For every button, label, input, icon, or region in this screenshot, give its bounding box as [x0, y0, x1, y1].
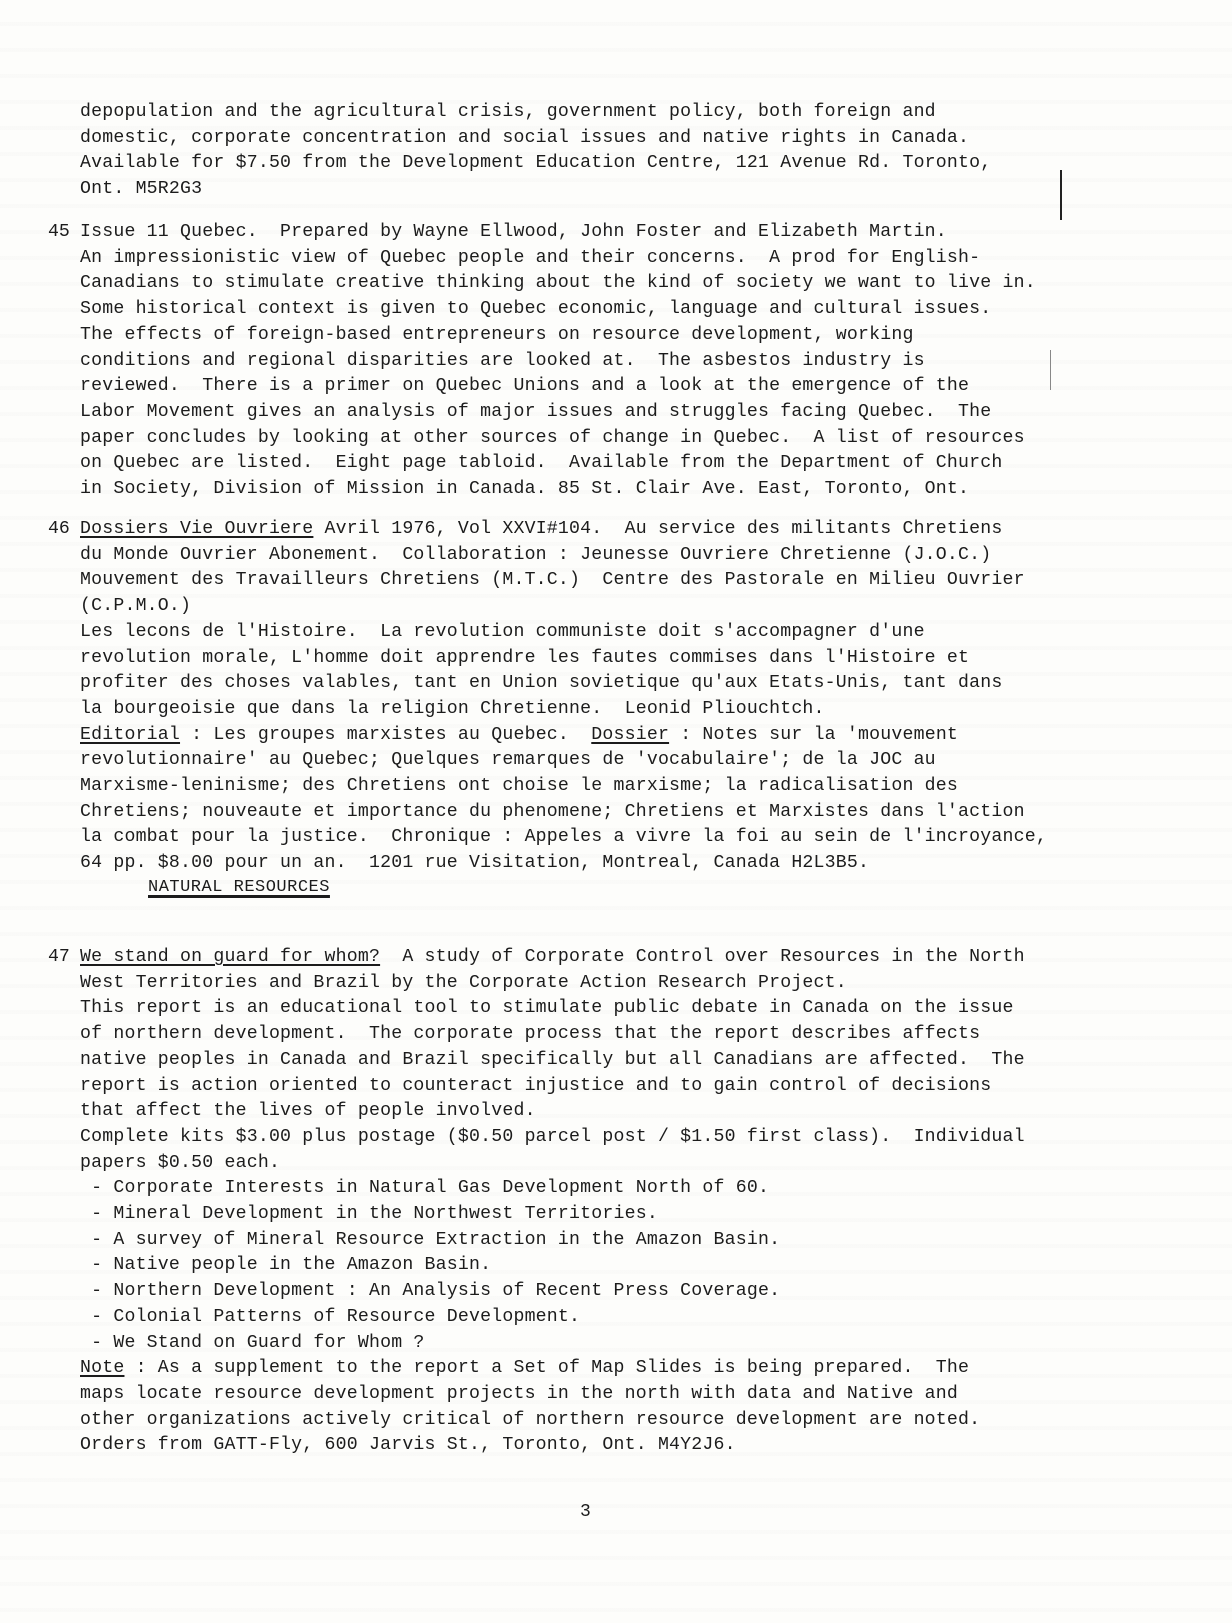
- text-span: Avril 1976, Vol XXVI#104. Au service des…: [313, 519, 1002, 539]
- list-item: - Native people in the Amazon Basin.: [80, 1253, 1160, 1279]
- text-line: Editorial : Les groupes marxistes au Que…: [80, 723, 1160, 749]
- text-line: report is action oriented to counteract …: [80, 1074, 1160, 1100]
- text-line: la bourgeoisie que dans la religion Chre…: [80, 697, 1160, 723]
- dossier-label: Dossier: [591, 725, 669, 745]
- list-item: - Corporate Interests in Natural Gas Dev…: [80, 1176, 1160, 1202]
- text-line: papers $0.50 each.: [80, 1151, 1160, 1177]
- text-line: conditions and regional disparities are …: [80, 349, 1160, 375]
- note-label: Note: [80, 1358, 124, 1378]
- publication-title: We stand on guard for whom?: [80, 947, 380, 967]
- list-item: - We Stand on Guard for Whom ?: [80, 1331, 1160, 1357]
- text-line: of northern development. The corporate p…: [80, 1022, 1160, 1048]
- text-line: 64 pp. $8.00 pour un an. 1201 rue Visita…: [80, 851, 1160, 877]
- text-line: reviewed. There is a primer on Quebec Un…: [80, 374, 1160, 400]
- text-line: An impressionistic view of Quebec people…: [80, 246, 1160, 272]
- text-line: native peoples in Canada and Brazil spec…: [80, 1048, 1160, 1074]
- text-line: paper concludes by looking at other sour…: [80, 426, 1160, 452]
- text-line: du Monde Ouvrier Abonement. Collaboratio…: [80, 543, 1160, 569]
- list-item: - A survey of Mineral Resource Extractio…: [80, 1228, 1160, 1254]
- text-line: revolutionnaire' au Quebec; Quelques rem…: [80, 748, 1160, 774]
- entry-46: 46 Dossiers Vie Ouvriere Avril 1976, Vol…: [80, 517, 1160, 877]
- text-line: Chretiens; nouveaute et importance du ph…: [80, 800, 1160, 826]
- text-line: The effects of foreign-based entrepreneu…: [80, 323, 1160, 349]
- text-line: in Society, Division of Mission in Canad…: [80, 477, 1160, 503]
- text-line: Some historical context is given to Queb…: [80, 297, 1160, 323]
- text-line: that affect the lives of people involved…: [80, 1099, 1160, 1125]
- entry-45: 45 Issue 11 Quebec. Prepared by Wayne El…: [80, 220, 1160, 503]
- text-line: Les lecons de l'Histoire. La revolution …: [80, 620, 1160, 646]
- text-line: Marxisme-leninisme; des Chretiens ont ch…: [80, 774, 1160, 800]
- continuation-paragraph: depopulation and the agricultural crisis…: [80, 100, 1160, 203]
- text-line: profiter des choses valables, tant en Un…: [80, 671, 1160, 697]
- entry-number: 47: [48, 945, 70, 971]
- text-line: on Quebec are listed. Eight page tabloid…: [80, 451, 1160, 477]
- text-line: Mouvement des Travailleurs Chretiens (M.…: [80, 568, 1160, 594]
- text-line: Note : As a supplement to the report a S…: [80, 1356, 1160, 1382]
- text-span: A study of Corporate Control over Resour…: [380, 947, 1025, 967]
- page-number: 3: [580, 1502, 591, 1522]
- editorial-label: Editorial: [80, 725, 180, 745]
- text-span: : Notes sur la 'mouvement: [669, 725, 958, 745]
- text-span: : As a supplement to the report a Set of…: [124, 1358, 969, 1378]
- text-line: West Territories and Brazil by the Corpo…: [80, 971, 1160, 997]
- margin-mark: [1060, 170, 1062, 220]
- entry-number: 45: [48, 220, 70, 246]
- list-item: - Colonial Patterns of Resource Developm…: [80, 1305, 1160, 1331]
- list-item: - Mineral Development in the Northwest T…: [80, 1202, 1160, 1228]
- publication-title: Dossiers Vie Ouvriere: [80, 519, 313, 539]
- entry-number: 46: [48, 517, 70, 543]
- text-line: Canadians to stimulate creative thinking…: [80, 271, 1160, 297]
- text-line: depopulation and the agricultural crisis…: [80, 100, 1160, 126]
- text-line: (C.P.M.O.): [80, 594, 1160, 620]
- text-line: la combat pour la justice. Chronique : A…: [80, 825, 1160, 851]
- text-line: Ont. M5R2G3: [80, 177, 1160, 203]
- text-span: : Les groupes marxistes au Quebec.: [180, 725, 591, 745]
- text-line: Dossiers Vie Ouvriere Avril 1976, Vol XX…: [80, 517, 1160, 543]
- text-line: Issue 11 Quebec. Prepared by Wayne Ellwo…: [80, 220, 1160, 246]
- text-line: This report is an educational tool to st…: [80, 996, 1160, 1022]
- entry-47: 47 We stand on guard for whom? A study o…: [80, 945, 1160, 1459]
- text-line: maps locate resource development project…: [80, 1382, 1160, 1408]
- margin-mark: [1050, 350, 1051, 390]
- text-line: revolution morale, L'homme doit apprendr…: [80, 646, 1160, 672]
- text-line: domestic, corporate concentration and so…: [80, 126, 1160, 152]
- text-line: other organizations actively critical of…: [80, 1408, 1160, 1434]
- list-item: - Northern Development : An Analysis of …: [80, 1279, 1160, 1305]
- text-line: Orders from GATT-Fly, 600 Jarvis St., To…: [80, 1433, 1160, 1459]
- text-line: Labor Movement gives an analysis of majo…: [80, 400, 1160, 426]
- section-heading: NATURAL RESOURCES: [148, 878, 330, 897]
- text-line: Complete kits $3.00 plus postage ($0.50 …: [80, 1125, 1160, 1151]
- text-line: We stand on guard for whom? A study of C…: [80, 945, 1160, 971]
- text-line: Available for $7.50 from the Development…: [80, 151, 1160, 177]
- document-page: depopulation and the agricultural crisis…: [0, 0, 1232, 1623]
